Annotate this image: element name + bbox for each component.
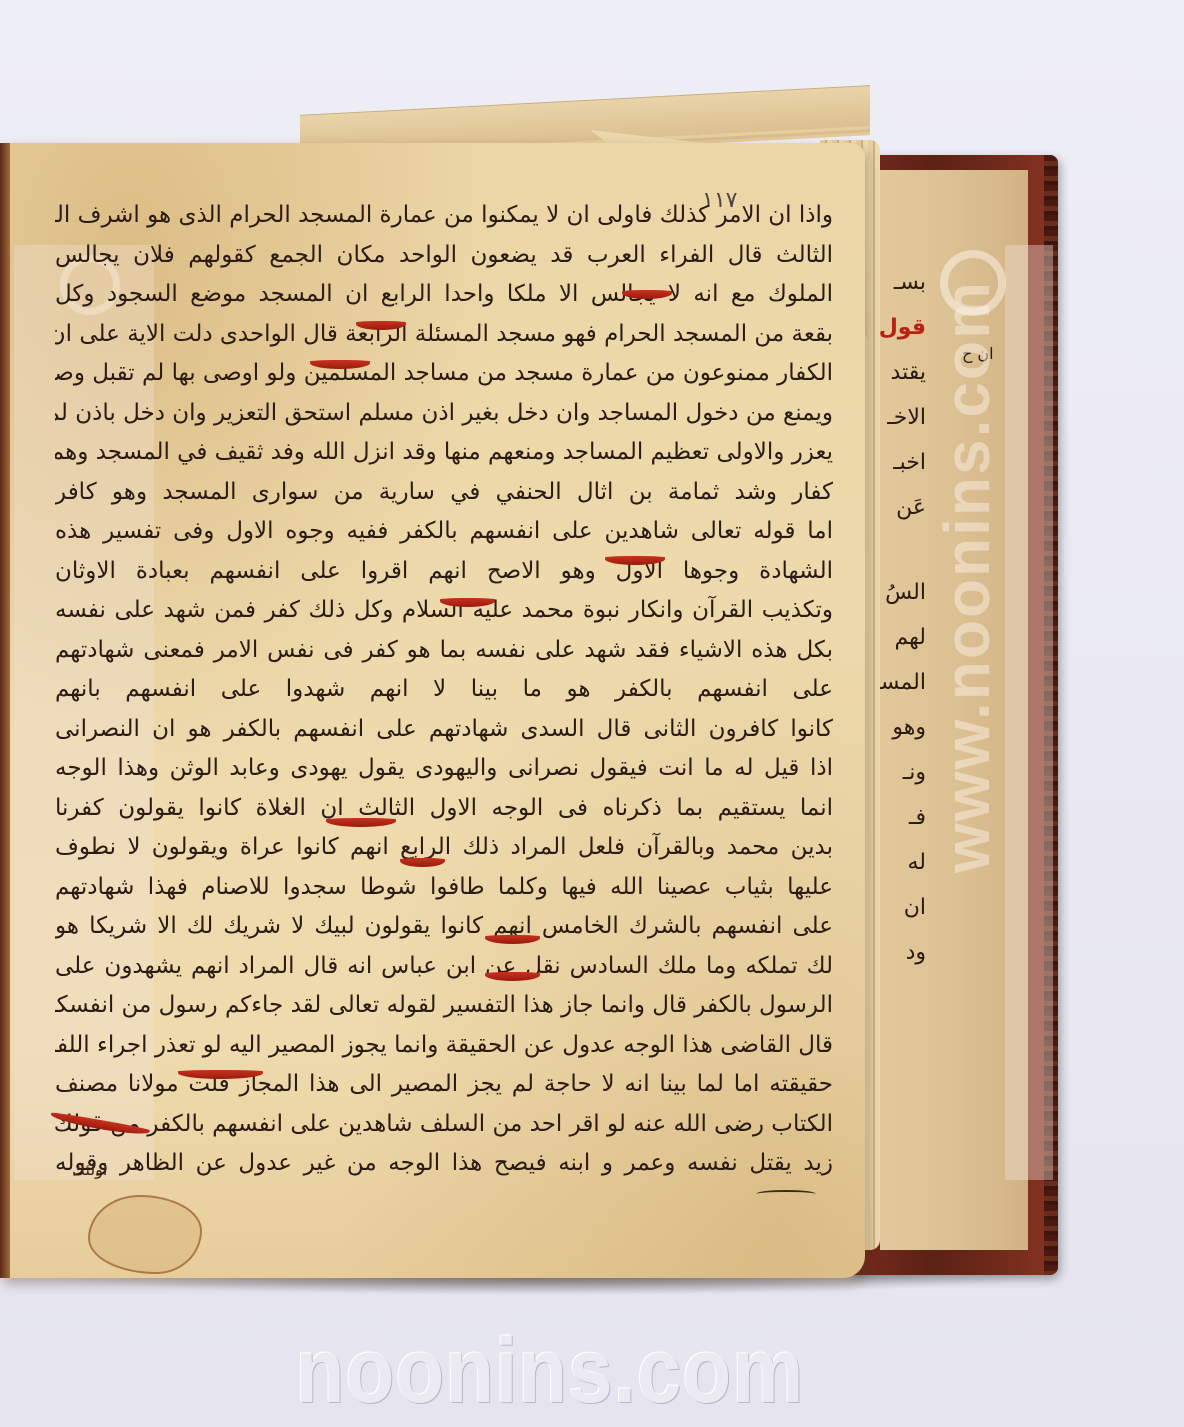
text-line: عليها بثياب عصينا الله فيها وكلما طافوا …	[55, 868, 833, 908]
text-line: الكفار ممنوعون من عمارة مسجد من مساجد ال…	[55, 354, 833, 394]
flyleaf-line: ود	[886, 930, 926, 975]
text-line: بكل هذه الاشياء فقد شهد على نفسه بما هو …	[55, 631, 833, 671]
flyleaf-line: المسـ	[886, 660, 926, 705]
text-line: الكتاب رضى الله عنه لو اقر احد من السلف …	[55, 1105, 833, 1145]
text-line: اذا قيل له ما انت فيقول نصرانى واليهودى …	[55, 749, 833, 789]
flyleaf-line: له	[886, 840, 926, 885]
text-line: كفار وشد ثمامة بن اثال الحنفي في سارية م…	[55, 473, 833, 513]
text-line: قال القاضى هذا الوجه عدول عن الحقيقة وان…	[55, 1026, 833, 1066]
water-stain	[88, 1195, 202, 1274]
text-line: واذا ان الامر كذلك فاولى ان لا يمكنوا من…	[55, 196, 833, 236]
text-line: ويمنع من دخول المساجد وان دخل بغير اذن م…	[55, 394, 833, 434]
text-line: يعزر والاولى تعظيم المساجد ومنعهم منها و…	[55, 433, 833, 473]
text-line: لك تملكه وما ملك السادس نقل عن ابن عباس …	[55, 947, 833, 987]
text-line: حقيقته اما لما بينا انه لا حاجة لم يجز ا…	[55, 1065, 833, 1105]
text-line: اما قوله تعالى شاهدين على انفسهم بالكفر …	[55, 512, 833, 552]
flyleaf-line: الاخـ	[886, 395, 926, 440]
text-line: وتكذيب القرآن وانكار نبوة محمد عليه السل…	[55, 591, 833, 631]
text-line: زيد يقتل نفسه وعمر و ابنه فيصح هذا الوجه…	[55, 1144, 833, 1184]
flyleaf-line: فـ	[886, 795, 926, 840]
flyleaf-line: ونـ	[886, 750, 926, 795]
text-line: على انفسهم بالكفر هو ما بينا لا انهم شهد…	[55, 670, 833, 710]
text-line: على انفسهم بالشرك الخامس انهم كانوا يقول…	[55, 907, 833, 947]
flyleaf-line: ان	[886, 885, 926, 930]
manuscript-text: واذا ان الامر كذلك فاولى ان لا يمكنوا من…	[55, 196, 833, 1184]
pen-mark	[756, 1190, 816, 1198]
watermark-vertical-right: www.noonins.com	[930, 280, 1040, 873]
text-line: الرسول بالكفر قال وانما جاز هذا التفسير …	[55, 986, 833, 1026]
text-line: الملوك مع انه لا يجالس الا ملكا واحدا ال…	[55, 275, 833, 315]
margin-note: اولئك	[72, 1160, 107, 1179]
text-line: الثالث قال الفراء العرب قد يضعون الواحد …	[55, 236, 833, 276]
flyleaf-line: لهم	[886, 615, 926, 660]
flyleaf-line: بسـ	[886, 260, 926, 305]
text-line: كانوا كافرون الثانى قال السدى شهادتهم عل…	[55, 710, 833, 750]
flyleaf-line: اخبـ	[886, 440, 926, 485]
text-line: بقعة من المسجد الحرام فهو مسجد المسئلة ا…	[55, 315, 833, 355]
flyleaf-line: يقتد	[886, 350, 926, 395]
text-line: انما يستقيم بما ذكرناه فى الوجه الاول ال…	[55, 789, 833, 829]
flyleaf-line: السُ	[886, 570, 926, 615]
flyleaf-rubric-line: قول	[886, 305, 926, 350]
flyleaf-text: بسـ قول يقتد الاخـ اخبـ عَن السُ لهم الم…	[886, 260, 926, 975]
text-line: الشهادة وجوها الاول وهو الاصح انهم اقروا…	[55, 552, 833, 592]
flyleaf-line: عَن	[886, 485, 926, 530]
watermark-bottom: noonins.com	[240, 1318, 860, 1424]
flyleaf-line: وهو	[886, 705, 926, 750]
